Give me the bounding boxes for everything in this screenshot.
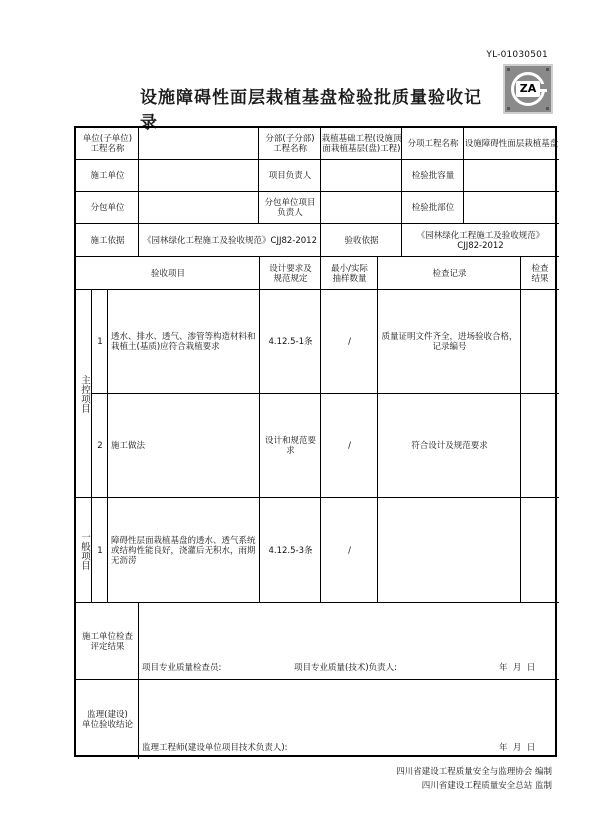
item-header-item-text: 验收项目 — [151, 269, 185, 279]
general-item-no-text: 1 — [97, 546, 102, 556]
main-item-record-text: 质量证明文件齐全，进场验收合格， 记录编号 — [381, 332, 517, 352]
project-manager-label: 项目负责人 — [259, 160, 321, 192]
main-item-design: 4.12.5-1条 — [260, 290, 321, 394]
logo-text: ZA — [516, 81, 540, 97]
inspection-record-table: 单位(子单位) 工程名称分部(子分部) 工程名称栽植基础工程(设施顶面栽植基层(… — [74, 126, 557, 757]
general-item-design: 4.12.5-3条 — [260, 498, 321, 603]
contractor-check-label-text: 施工单位检查 评定结果 — [82, 632, 133, 652]
main-item-design-text: 4.12.5-1条 — [268, 337, 312, 347]
item-header-design-text: 设计要求及 规范规定 — [269, 264, 312, 284]
acceptance-basis-label-text: 验收依据 — [344, 236, 378, 246]
project-manager-value[interactable] — [321, 160, 402, 192]
construction-basis-label: 施工依据 — [76, 224, 139, 257]
main-item-no: 2 — [92, 394, 108, 498]
main-item-desc: 透水、排水、透气、渗管等构造材料和栽植土(基质)应符合栽植要求 — [108, 290, 260, 394]
item-header-record-text: 检查记录 — [432, 269, 466, 279]
main-item-record-text: 符合设计及规范要求 — [411, 441, 488, 451]
contractor-tech-lead-label: 项目专业质量(技术)负责人: — [294, 661, 397, 673]
subitem-label-text: 分项工程名称 — [407, 139, 458, 149]
main-item-record[interactable]: 质量证明文件齐全，进场验收合格， 记录编号 — [378, 290, 521, 394]
main-item-result[interactable] — [521, 290, 559, 394]
main-item-design-text: 设计和规范要 求 — [265, 436, 316, 456]
main-item-no-text: 1 — [97, 337, 102, 347]
item-header-result-text: 检查 结果 — [531, 264, 548, 284]
subitem-label: 分项工程名称 — [402, 128, 464, 160]
division-label-text: 分部(子分部) 工程名称 — [265, 134, 314, 154]
subcontractor-value[interactable] — [139, 192, 259, 224]
general-label: 一般项目 — [76, 498, 92, 603]
item-header-design: 设计要求及 规范规定 — [260, 257, 321, 290]
general-item-record[interactable] — [378, 498, 521, 603]
supervisor-check-label-text: 监理(建设) 单位验收结论 — [82, 710, 133, 730]
batch-capacity-label: 检验批容量 — [402, 160, 464, 192]
project-manager-label-text: 项目负责人 — [269, 171, 312, 181]
item-header-sample-text: 最小/实际 抽样数量 — [331, 264, 368, 284]
main-control-label: 主控项目 — [76, 290, 92, 498]
main-item-result[interactable] — [521, 394, 559, 498]
construction-basis-value: 《园林绿化工程施工及验收规范》CJJ82-2012 — [139, 224, 321, 257]
unit-project-label: 单位(子单位) 工程名称 — [76, 128, 139, 160]
main-item-no: 1 — [92, 290, 108, 394]
main-item-record[interactable]: 符合设计及规范要求 — [378, 394, 521, 498]
footer-supervised-by: 四川省建设工程质量安全总站 监制 — [422, 779, 552, 791]
contractor-label: 施工单位 — [76, 160, 139, 192]
general-item-desc-text: 障碍性层面栽植基盘的透水、透气系统或结构性能良好，浇灌后无积水，雨期无沥涝 — [111, 536, 260, 566]
main-item-desc-text: 施工做法 — [111, 441, 145, 451]
acceptance-basis-value: 《园林绿化工程施工及验收规范》 CJJ82-2012 — [402, 224, 559, 257]
main-item-sample: / — [321, 394, 378, 498]
form-code: YL-01030501 — [486, 50, 548, 60]
contractor-inspector-label: 项目专业质量检查员: — [142, 661, 221, 673]
item-header-record: 检查记录 — [378, 257, 521, 290]
batch-location-value[interactable] — [464, 192, 559, 224]
item-header-item: 验收项目 — [76, 257, 260, 290]
construction-basis-value-text: 《园林绿化工程施工及验收规范》CJJ82-2012 — [143, 236, 317, 246]
batch-location-label-text: 检验批部位 — [412, 203, 455, 213]
general-item-no: 1 — [92, 498, 108, 603]
item-header-result: 检查 结果 — [521, 257, 559, 290]
subcontractor-label: 分包单位 — [76, 192, 139, 224]
unit-project-value[interactable] — [139, 128, 259, 160]
main-item-desc-text: 透水、排水、透气、渗管等构造材料和栽植土(基质)应符合栽植要求 — [111, 332, 260, 352]
main-item-sample-text: / — [348, 337, 351, 347]
sub-manager-value[interactable] — [321, 192, 402, 224]
supervisor-date-label: 年 月 日 — [499, 741, 535, 753]
footer-compiled-by: 四川省建设工程质量安全与监理协会 编制 — [396, 765, 552, 777]
subitem-value: 设施障碍性面层栽植基盘 — [464, 128, 559, 160]
main-item-sample: / — [321, 290, 378, 394]
sub-manager-label-text: 分包单位项目 负责人 — [264, 198, 315, 218]
main-item-sample-text: / — [348, 441, 351, 451]
za-logo-icon: ZA — [503, 64, 553, 114]
supervisor-engineer-label: 监理工程师(建设单位项目技术负责人): — [142, 741, 288, 753]
acceptance-basis-label: 验收依据 — [321, 224, 402, 257]
construction-basis-label-text: 施工依据 — [90, 236, 124, 246]
general-item-sample-text: / — [348, 546, 351, 556]
contractor-date-label: 年 月 日 — [499, 661, 535, 673]
division-value-text: 栽植基础工程(设施顶面栽植基层(盘)工程) — [321, 134, 402, 154]
subitem-value-text: 设施障碍性面层栽植基盘 — [465, 139, 559, 149]
main-control-label-text: 主控项目 — [79, 375, 89, 413]
general-item-desc: 障碍性层面栽植基盘的透水、透气系统或结构性能良好，浇灌后无积水，雨期无沥涝 — [108, 498, 260, 603]
main-item-desc: 施工做法 — [108, 394, 260, 498]
general-label-text: 一般项目 — [79, 532, 89, 570]
main-item-no-text: 2 — [97, 441, 102, 451]
subcontractor-label-text: 分包单位 — [90, 203, 124, 213]
general-item-design-text: 4.12.5-3条 — [268, 546, 312, 556]
division-label: 分部(子分部) 工程名称 — [259, 128, 321, 160]
division-value: 栽植基础工程(设施顶面栽植基层(盘)工程) — [321, 128, 402, 160]
supervisor-check-label: 监理(建设) 单位验收结论 — [76, 680, 139, 759]
contractor-label-text: 施工单位 — [90, 171, 124, 181]
sub-manager-label: 分包单位项目 负责人 — [259, 192, 321, 224]
contractor-value[interactable] — [139, 160, 259, 192]
acceptance-basis-value-text: 《园林绿化工程施工及验收规范》 CJJ82-2012 — [417, 231, 545, 251]
batch-capacity-label-text: 检验批容量 — [412, 171, 455, 181]
unit-project-label-text: 单位(子单位) 工程名称 — [83, 134, 132, 154]
item-header-sample: 最小/实际 抽样数量 — [321, 257, 378, 290]
general-item-result[interactable] — [521, 498, 559, 603]
general-item-sample: / — [321, 498, 378, 603]
main-item-design: 设计和规范要 求 — [260, 394, 321, 498]
batch-location-label: 检验批部位 — [402, 192, 464, 224]
contractor-check-label: 施工单位检查 评定结果 — [76, 603, 139, 680]
batch-capacity-value[interactable] — [464, 160, 559, 192]
